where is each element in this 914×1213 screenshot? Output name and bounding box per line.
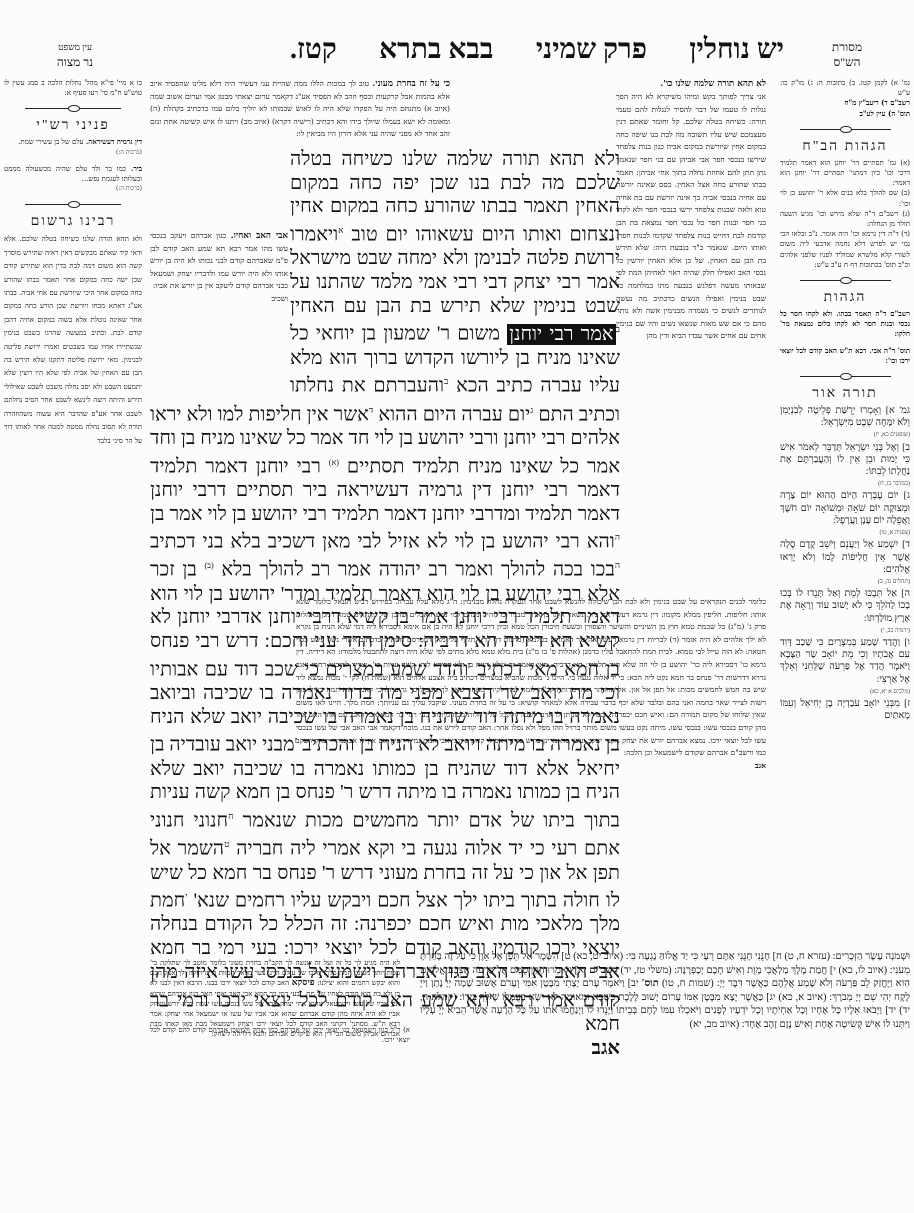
tosafot-verses-label: תוס' [642, 978, 659, 989]
piska-label: פיסקא [292, 978, 315, 988]
torah-or-entries: גמ' א] וְאָמְרוּ יְרֻשַּׁת פְּלֵיטָה לְב… [780, 405, 910, 722]
rabbeinu-gershom-title: רבינו גרשום [4, 214, 142, 230]
left-margin-column: כו א מיי' פי"א מהל' נחלות הלכה ב סמג עשי… [4, 78, 142, 893]
pninei-rashi-entries: דין גרמיה דעשיראה. עלם של בן עשירי שמת.(… [4, 137, 142, 194]
hagahah-entry: (ב) שם להולך בלא בנים אלא ר' יהושע בן לו… [780, 188, 910, 208]
rashbam-upper-block: לא תהא תורה שלמה שלנו כו'. [456, 78, 766, 91]
hagahot-entries: רשב"ם ד"ה תאמר בבתו. ולא לקחו חסר כל נכס… [780, 309, 910, 366]
torah-or-entry: ה] אַל תִּבְכּוּ לְמֵת וְאַל תָּנֻדוּ לו… [780, 588, 910, 637]
hagahot-habach-entries: (א) גמ' תסתיים דר' יוחנן הוא דאמר תלמיד … [780, 158, 910, 270]
tosafot-dibbur-hamatchil: כי על זה בחרת מעוני. [372, 79, 450, 89]
header-folio: קטז. [290, 36, 337, 64]
page-header: יש נוחלין פרק שמיני בבא בתרא קטז. [290, 36, 784, 64]
tosafot-float-space [150, 148, 290, 374]
masoret-entry: רשב"ם ד) ריעב"ץ מ"ח [780, 98, 910, 108]
torah-or-title: תורה אור [780, 386, 910, 402]
hagahot-entry: תוס' ד"ה אבי. רבא ת"ש האב קודם לכל יוצאי… [780, 346, 910, 366]
header-chapter-number: פרק שמיני [536, 36, 647, 64]
hagahah-entry: (ד) ד"ה דין גרמא וכו' היה אומר. נ"ב ובלא… [780, 229, 910, 270]
rashbam-column: אני צריך לפותך בקש ומיהו משיקרא לא היה ה… [616, 91, 766, 593]
hagahot-title: הגהות [780, 290, 910, 306]
ornament-divider-icon [800, 125, 891, 133]
header-masoret-label: מסורת הש"ס [792, 40, 902, 70]
ner-mitzvah-title: נר מצוה [30, 55, 120, 70]
masoret-title-2: הש"ס [792, 55, 902, 70]
rashbam-verses-label: רשב"ם [589, 965, 618, 976]
hagahah-entry: (א) גמ' תסתיים דר' יוחנן הוא דאמר תלמיד … [780, 158, 910, 189]
ein-mishpat-entry: כו א מיי' פי"א מהל' נחלות הלכה ב סמג עשי… [4, 78, 142, 98]
torah-or-entry: ג] יוֹם עֶבְרָה הַיּוֹם הַהוּא יוֹם צָרָ… [780, 490, 910, 539]
hagahot-entry: רשב"ם ד"ה תאמר בבתו. ולא לקחו חסר כל נכס… [780, 309, 910, 340]
masoret-title-1: מסורת [792, 40, 902, 55]
right-margin-column: גמ' א) לקמן קטז. ב) כתובות ה: ג) מו"ק כו… [780, 78, 910, 722]
footnote-a: א) ר"ל כגון וישמעאל בנו יוצאי ירכו של אב… [150, 1025, 410, 1045]
torah-or-entry: ז] מִבְּנֵי יוֹאָב עֹבַדְיָה בֶן יְחִיאֵ… [780, 698, 910, 722]
bottom-verses-block: וּשְׁמֹנָה עָשָׂר הַזְּכָרִים: (עזרא ח, … [420, 950, 910, 1032]
ein-mishpat-title: עין משפט [30, 40, 120, 55]
header-tractate: בבא בתרא [379, 36, 493, 64]
header-ein-mishpat-label: עין משפט נר מצוה [30, 40, 120, 70]
rashbam-bottom-block: כלומר לבנים הנקראים על שבט בנימין ולא לב… [296, 596, 766, 936]
rashbam-text: אני צריך לפותך בקש ומיהו משיקרא לא היה ה… [616, 92, 766, 340]
rashbam-dibbur-hamatchil: לא תהא תורה שלמה שלנו כו'. [660, 79, 766, 89]
torah-or-entry: ב] וְאֶל בְּנֵי יִשְׂרָאֵל תְּדַבֵּר לֵא… [780, 442, 910, 491]
ornament-divider-icon [800, 372, 891, 380]
hagahah-entry: (ג) רשב"ם ד"ה שלא מירש וכו' מגיע השעה תו… [780, 209, 910, 229]
masoret-entry: גמ' א) לקמן קטז. ב) כתובות ה: ג) מו"ק כו… [780, 78, 910, 98]
pninei-rashi-entry: דין גרמיה דעשיראה. עלם של בן עשירי שמת.(… [4, 137, 142, 157]
footnote-rule [290, 1018, 390, 1019]
pninei-rashi-entry: ביר. כמו בר ולד עלם שהיה מכשעולה מממט וב… [4, 164, 142, 195]
rashbam-bottom-text: כלומר לבנים הנקראים על שבט בנימין ולא לב… [296, 597, 766, 757]
masoret-entry: תוס' ה) עיין לע"ב [780, 109, 910, 119]
ornament-divider-icon [25, 104, 122, 112]
masoret-entries: גמ' א) לקמן קטז. ב) כתובות ה: ג) מו"ק כו… [780, 78, 910, 119]
pninei-rashi-title: פניני רש"י [4, 118, 142, 134]
rashbam-catchword: אגב [296, 760, 766, 773]
ornament-divider-icon [800, 276, 891, 284]
rabbeinu-gershom-text: ולא תהא תורה שלנו כשיחה בטלה שלכם. אלא ו… [4, 233, 142, 893]
torah-or-entry: ד] יִשְׁמַע אֵל וְיַעֲנֵם וְיֹשֵׁב קֶדֶם… [780, 539, 910, 588]
torah-or-entry: גמ' א] וְאָמְרוּ יְרֻשַּׁת פְּלֵיטָה לְב… [780, 405, 910, 442]
hagahot-habach-title: הגהות הב"ח [780, 139, 910, 155]
highlighted-phrase[interactable]: אמר רבי יוחנן [507, 324, 616, 345]
torah-or-entry: ו] וַהֲדַד שָׁמַע בְּמִצְרַיִם כִּי שָׁכ… [780, 637, 910, 698]
tosafot-block: כי על זה בחרת מעוני. טוב לך במכות הללו מ… [150, 78, 450, 141]
ornament-divider-icon [25, 200, 122, 208]
header-chapter-name: יש נוחלין [689, 36, 784, 64]
